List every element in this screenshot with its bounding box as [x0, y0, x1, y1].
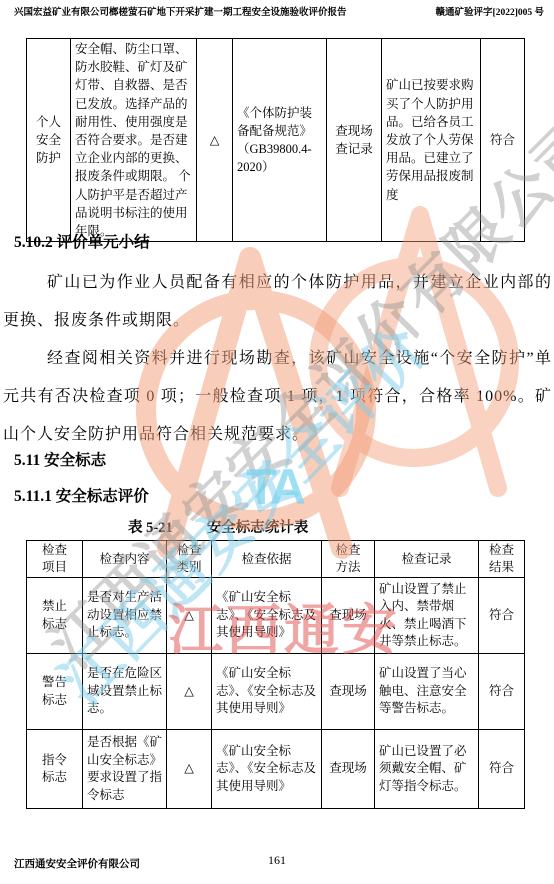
cell-check-method: 查现场: [322, 578, 375, 654]
cell-check-basis: 《矿山安全标志》、《安全标志及其使用导则》: [212, 730, 322, 809]
cell-check-content: 安全帽、防尘口罩、防水胶鞋、矿灯及矿灯带、自救器、是否已发放。选择产品的耐用性、…: [71, 39, 197, 242]
cell-check-method: 查现场: [322, 654, 375, 730]
header-check-content: 检查内容: [83, 541, 167, 578]
cell-check-category: △: [167, 654, 212, 730]
paragraph-unit-summary-2: 经查阅相关资料并进行现场勘查，该矿山安全设施“个安全防护”单元共有否决检查项 0…: [3, 340, 552, 454]
table-row-mandatory-signs: 指令 标志 是否根据《矿山安全标志》要求设置了指令标志 △ 《矿山安全标志》、《…: [27, 730, 525, 809]
table-row-warning-signs: 警告 标志 是否在危险区域设置禁止标志。 △ 《矿山安全标志》、《安全标志及其使…: [27, 654, 525, 730]
cell-check-item: 禁止 标志: [27, 578, 83, 654]
cell-check-item: 个人 安全 防护: [27, 39, 71, 242]
cell-check-method: 查现场: [322, 730, 375, 809]
cell-check-content: 是否在危险区域设置禁止标志。: [83, 654, 167, 730]
logo-letters-watermark: TA: [246, 458, 303, 516]
page-header: 兴国宏益矿业有限公司榔槎萤石矿地下开采扩建一期工程安全设施验收评价报告 赣通矿验…: [14, 7, 544, 19]
cell-check-category: △: [167, 730, 212, 809]
table-number: 表 5-21: [128, 516, 173, 537]
paragraph-unit-summary-1: 矿山已为作业人员配备有相应的个体防护用品，并建立企业内部的更换、报废条件或期限。: [3, 264, 552, 340]
cell-check-item: 警告 标志: [27, 654, 83, 730]
header-check-method: 检查 方法: [322, 541, 375, 578]
document-number: 赣通矿验评字[2022]005 号: [436, 7, 544, 19]
table-row: 个人 安全 防护 安全帽、防尘口罩、防水胶鞋、矿灯及矿灯带、自救器、是否已发放。…: [27, 39, 525, 242]
report-title: 兴国宏益矿业有限公司榔槎萤石矿地下开采扩建一期工程安全设施验收评价报告: [14, 7, 347, 19]
header-check-category: 检查 类别: [167, 541, 212, 578]
cell-check-item: 指令 标志: [27, 730, 83, 809]
header-check-item: 检查 项目: [27, 541, 83, 578]
header-check-record: 检查记录: [375, 541, 479, 578]
cell-check-category: △: [167, 578, 212, 654]
cell-check-basis: 《个体防护装备配备规范》（GB39800.4-2020）: [233, 39, 327, 242]
heading-5-10-2: 5.10.2 评价单元小结: [14, 230, 150, 252]
header-check-result: 检查 结果: [479, 541, 525, 578]
cell-check-method: 查现场 查记录: [327, 39, 382, 242]
heading-5-11: 5.11 安全标志: [14, 448, 106, 470]
cell-check-result: 符合: [479, 654, 525, 730]
cell-check-result: 符合: [479, 578, 525, 654]
table-header-row: 检查 项目 检查内容 检查 类别 检查依据 检查 方法 检查记录 检查 结果: [27, 541, 525, 578]
heading-5-11-1: 5.11.1 安全标志评价: [14, 484, 149, 506]
table-caption: 表 5-21 安全标志统计表: [128, 516, 308, 537]
cell-check-category: △: [197, 39, 233, 242]
ppe-table: 个人 安全 防护 安全帽、防尘口罩、防水胶鞋、矿灯及矿灯带、自救器、是否已发放。…: [26, 38, 525, 242]
cell-check-record: 矿山设置了禁止入内、禁带烟火、禁止喝酒下井等禁止标志。: [375, 578, 479, 654]
cell-check-content: 是否对生产活动设置相应禁止标志。: [83, 578, 167, 654]
safety-signs-table: 检查 项目 检查内容 检查 类别 检查依据 检查 方法 检查记录 检查 结果 禁…: [26, 540, 525, 809]
cell-check-result: 符合: [481, 39, 525, 242]
document-page: 兴国宏益矿业有限公司榔槎萤石矿地下开采扩建一期工程安全设施验收评价报告 赣通矿验…: [0, 0, 554, 884]
page-number: 161: [0, 853, 554, 868]
cell-check-basis: 《矿山安全标志》、《安全标志及其使用导则》: [212, 654, 322, 730]
cell-check-record: 矿山设置了当心触电、注意安全等警告标志。: [375, 654, 479, 730]
cell-check-result: 符合: [479, 730, 525, 809]
cell-check-basis: 《矿山安全标志》、《安全标志及其使用导则》: [212, 578, 322, 654]
cell-check-content: 是否根据《矿山安全标志》要求设置了指令标志: [83, 730, 167, 809]
cell-check-record: 矿山已设置了必须戴安全帽、矿灯等指令标志。: [375, 730, 479, 809]
header-check-basis: 检查依据: [212, 541, 322, 578]
table-title: 安全标志统计表: [207, 516, 309, 537]
table-row-prohibition-signs: 禁止 标志 是否对生产活动设置相应禁止标志。 △ 《矿山安全标志》、《安全标志及…: [27, 578, 525, 654]
cell-check-record: 矿山已按要求购买了个人防护用品。已给各员工发放了个人劳保用品。已建立了劳保用品报…: [382, 39, 481, 242]
